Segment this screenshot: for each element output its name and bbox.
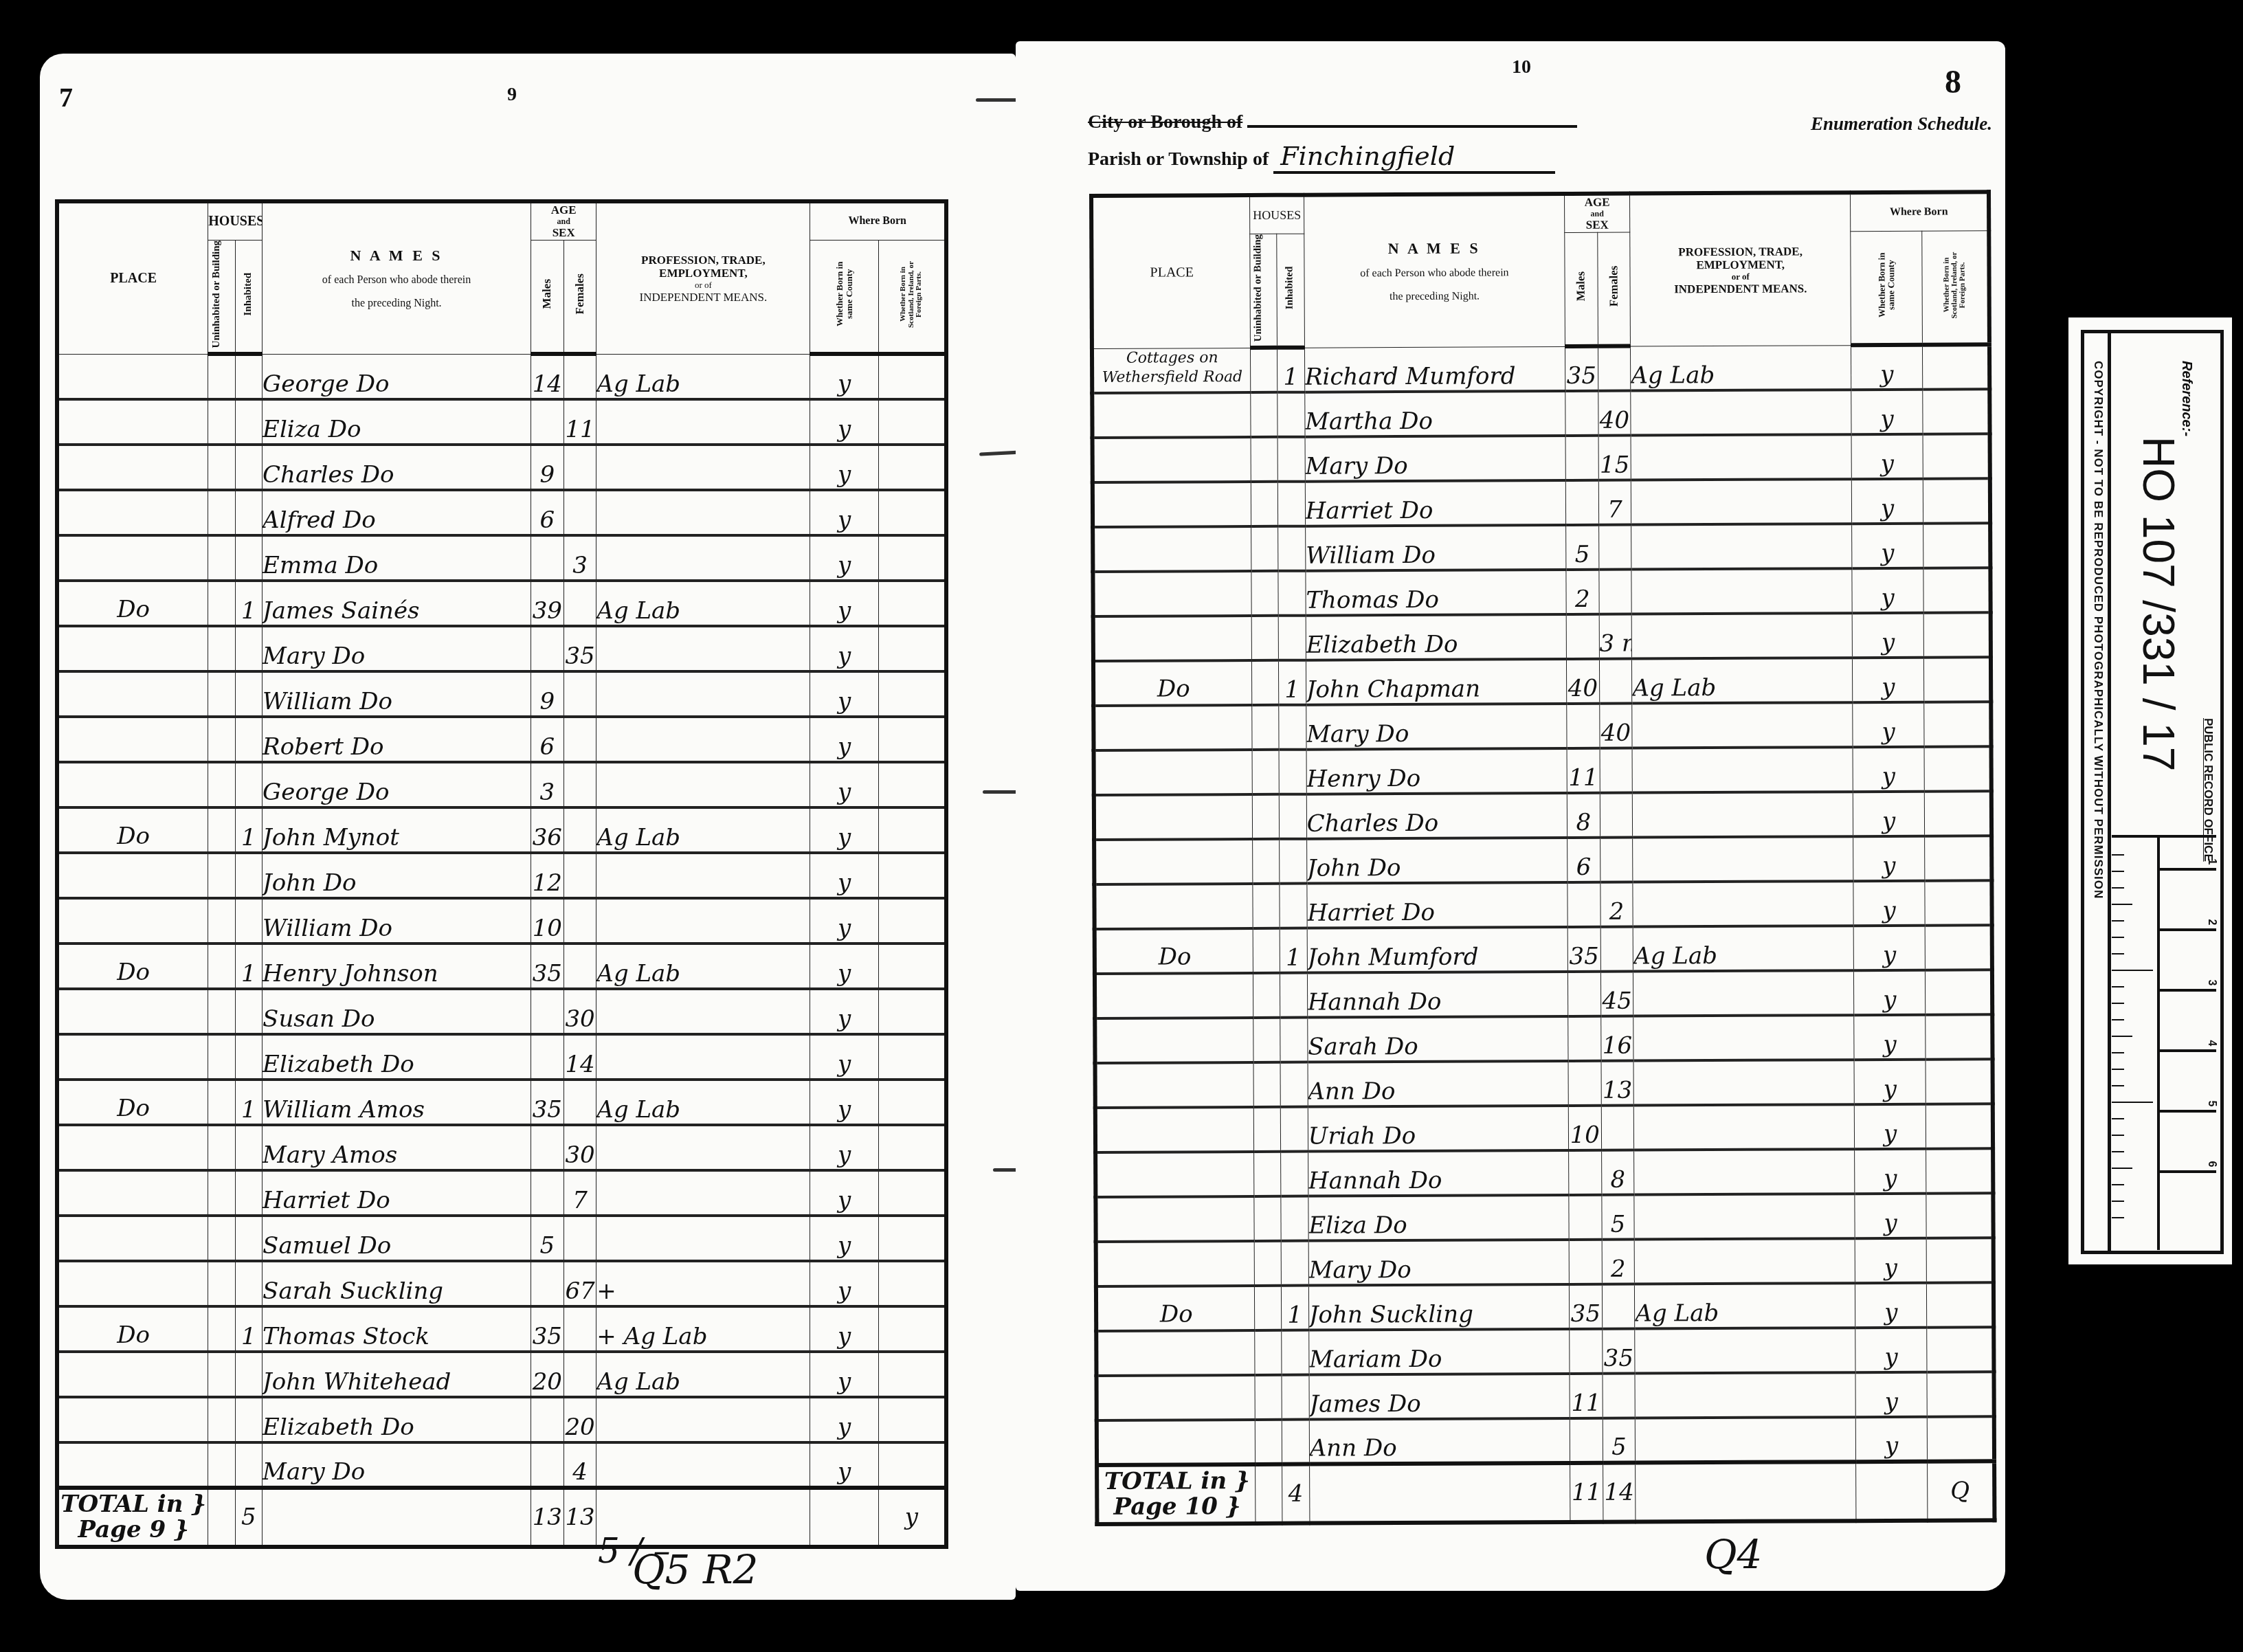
inhabited-cell	[1279, 750, 1307, 794]
census-row: Harriet Do7y	[57, 1170, 946, 1216]
born-county-cell: y	[810, 445, 879, 490]
female-age-cell	[1603, 1374, 1636, 1418]
born-foreign-cell	[878, 626, 946, 671]
place-cell	[1095, 973, 1253, 1018]
place-cell	[1093, 705, 1252, 750]
female-age-cell	[1600, 793, 1633, 838]
name-cell: John Do	[1306, 838, 1567, 884]
r-header-names: N A M E S of each Person who abode there…	[1304, 194, 1565, 348]
r-header-names-sub2: the preceding Night.	[1304, 290, 1564, 304]
born-foreign-cell	[878, 853, 946, 898]
male-age-cell	[1565, 391, 1598, 436]
census-row: Susan Do30y	[57, 989, 946, 1034]
born-county-cell: y	[1855, 1328, 1927, 1372]
right-total-row: TOTAL in }Page 10 } 4 11 14 Q	[1097, 1462, 1994, 1525]
male-age-cell: 39	[531, 581, 563, 626]
occupation-cell	[1633, 792, 1853, 838]
male-age-cell	[1568, 1061, 1601, 1106]
name-cell: Richard Mumford	[1304, 346, 1565, 392]
name-cell: Mariam Do	[1309, 1329, 1570, 1375]
r-header-profession-4: INDEPENDENT MEANS.	[1631, 282, 1851, 296]
place-cell	[57, 490, 208, 535]
ruler-cm-mark: 2	[2160, 928, 2216, 931]
name-cell: George Do	[263, 354, 531, 399]
census-row: Henry Do11y	[1094, 747, 1991, 796]
inhabited-cell	[235, 354, 262, 399]
occupation-cell	[1631, 480, 1852, 525]
right-page-number: 10	[1512, 56, 1531, 78]
female-age-cell	[1602, 1284, 1635, 1329]
ruler-cm-mark: 3	[2160, 989, 2216, 992]
male-age-cell: 36	[531, 807, 563, 853]
census-row: William Do10y	[57, 898, 946, 944]
place-cell	[57, 535, 208, 581]
born-foreign-cell	[878, 1352, 946, 1397]
census-row: Elizabeth Do20y	[57, 1397, 946, 1442]
occupation-cell	[1635, 1372, 1855, 1418]
male-age-cell: 8	[1567, 793, 1600, 838]
inhabited-cell: 1	[235, 1080, 262, 1125]
occupation-cell	[596, 1125, 810, 1170]
place-cell	[57, 1216, 208, 1261]
name-cell: Sarah Suckling	[263, 1261, 531, 1306]
uninhabited-cell	[208, 1261, 235, 1306]
uninhabited-cell	[208, 1352, 235, 1397]
right-total-born-foreign: Q	[1928, 1462, 1995, 1521]
census-row: James Do11y	[1097, 1372, 1994, 1421]
born-foreign-cell	[1927, 1328, 1994, 1372]
right-total-inhabited: 4	[1282, 1464, 1310, 1523]
female-age-cell: 40	[1599, 704, 1632, 748]
name-cell: Susan Do	[263, 989, 531, 1034]
inhabited-cell	[1277, 571, 1306, 616]
left-total-born-foreign: y	[878, 1488, 946, 1547]
occupation-cell	[596, 535, 810, 581]
ruler-inch-tick	[2112, 1184, 2124, 1185]
uninhabited-cell	[1255, 1375, 1281, 1420]
born-county-cell: y	[810, 1442, 879, 1488]
name-cell: John Suckling	[1308, 1284, 1569, 1330]
uninhabited-cell	[1253, 1018, 1280, 1062]
born-foreign-cell	[1923, 524, 1991, 568]
uninhabited-cell	[208, 762, 235, 807]
born-county-cell: y	[1855, 1417, 1927, 1462]
ruler-inch-tick	[2112, 1085, 2124, 1086]
born-foreign-cell	[1926, 1194, 1994, 1238]
male-age-cell	[1569, 1150, 1602, 1195]
schedule-label: Enumeration Schedule.	[1811, 113, 1992, 135]
ruler-inch-tick	[2112, 986, 2124, 987]
female-age-cell: 13	[1601, 1061, 1634, 1106]
female-age-cell: 2	[1602, 1240, 1635, 1284]
male-age-cell: 5	[531, 1216, 563, 1261]
name-cell: Mary Do	[1308, 1240, 1569, 1286]
inhabited-cell	[235, 717, 262, 762]
inhabited-cell: 1	[235, 807, 262, 853]
place-cell	[57, 671, 208, 717]
born-foreign-cell	[1926, 1238, 1994, 1283]
place-cell: Do	[57, 944, 208, 989]
place-cell	[1095, 1152, 1254, 1197]
inhabited-cell	[1277, 526, 1306, 571]
born-county-cell: y	[1851, 390, 1923, 434]
uninhabited-cell	[208, 1306, 235, 1352]
uninhabited-cell	[208, 989, 235, 1034]
inhabited-cell	[235, 1125, 262, 1170]
occupation-cell	[1631, 524, 1852, 570]
ruler-inch-tick	[2112, 887, 2124, 889]
name-cell: Eliza Do	[1308, 1195, 1569, 1241]
r-header-age-and: and	[1565, 209, 1629, 219]
name-cell: Ann Do	[1308, 1061, 1568, 1107]
name-cell: John Do	[263, 853, 531, 898]
reference-label: Reference:-	[2178, 361, 2194, 436]
occupation-cell	[596, 762, 810, 807]
female-age-cell	[563, 1216, 596, 1261]
female-age-cell: 5	[1601, 1195, 1634, 1240]
place-cell	[57, 354, 208, 399]
female-age-cell: 5	[1603, 1418, 1636, 1463]
female-age-cell: 30	[563, 1125, 596, 1170]
born-county-cell: y	[810, 399, 879, 445]
occupation-cell	[1632, 748, 1853, 793]
uninhabited-cell	[208, 1080, 235, 1125]
place-cell	[57, 1397, 208, 1442]
census-row: Elizabeth Do14y	[57, 1034, 946, 1080]
uninhabited-cell	[208, 445, 235, 490]
name-cell: Harriet Do	[1305, 480, 1565, 526]
uninhabited-cell	[208, 853, 235, 898]
male-age-cell: 20	[531, 1352, 563, 1397]
reference-divider	[2108, 333, 2111, 1251]
census-row: Mariam Do35y	[1096, 1328, 1994, 1376]
born-foreign-cell	[1924, 747, 1991, 792]
inhabited-cell	[1278, 616, 1306, 660]
occupation-cell: Ag Lab	[1635, 1283, 1855, 1328]
occupation-cell	[596, 399, 810, 445]
census-row: John Do6y	[1094, 836, 1991, 885]
r-header-houses: HOUSES	[1250, 195, 1304, 234]
name-cell: Thomas Do	[1306, 570, 1566, 616]
uninhabited-cell	[1253, 839, 1279, 884]
census-row: Uriah Do10y	[1095, 1104, 1993, 1153]
female-age-cell: 8	[1601, 1150, 1634, 1195]
header-inhabited: Inhabited	[235, 240, 262, 354]
female-age-cell	[1600, 927, 1633, 972]
inhabited-cell	[235, 399, 262, 445]
name-cell: Hannah Do	[1308, 1150, 1568, 1196]
city-line: City or Borough of	[1088, 109, 1577, 133]
ruler-inch-tick	[2112, 1102, 2153, 1103]
male-age-cell	[531, 1261, 563, 1306]
uninhabited-cell	[1253, 973, 1280, 1018]
female-age-cell	[563, 944, 596, 989]
city-value	[1247, 109, 1577, 128]
male-age-cell	[1565, 480, 1598, 525]
r-header-inhabited: Inhabited	[1276, 234, 1304, 348]
place-cell: Do	[1095, 928, 1253, 974]
r-header-age-sex-label: SEX	[1565, 219, 1629, 232]
born-foreign-cell	[878, 1216, 946, 1261]
ruler-inch-tick	[2112, 970, 2153, 971]
inhabited-cell	[1280, 1196, 1308, 1241]
occupation-cell	[596, 490, 810, 535]
uninhabited-cell	[208, 1442, 235, 1488]
born-foreign-cell	[878, 898, 946, 944]
r-header-names-title: N A M E S	[1304, 239, 1564, 258]
uninhabited-cell	[1252, 616, 1278, 660]
place-cell	[1094, 750, 1253, 795]
reference-frame: Reference:- HO 107 /331 / 17 PUBLIC RECO…	[2081, 330, 2224, 1254]
born-county-cell: y	[810, 1306, 879, 1352]
female-age-cell	[1601, 1106, 1634, 1150]
name-cell: James Sainés	[263, 581, 531, 626]
ruler-inch-tick	[2112, 904, 2132, 905]
name-cell: Mary Do	[263, 1442, 531, 1488]
uninhabited-cell	[208, 671, 235, 717]
born-foreign-cell	[1925, 881, 1992, 926]
uninhabited-cell	[208, 1125, 235, 1170]
name-cell: John Chapman	[1306, 659, 1566, 705]
inhabited-cell	[235, 490, 262, 535]
uninhabited-cell	[1251, 348, 1277, 392]
name-cell: Alfred Do	[263, 490, 531, 535]
inhabited-cell	[235, 762, 262, 807]
inhabited-cell	[235, 1216, 262, 1261]
place-cell	[57, 762, 208, 807]
name-cell: Eliza Do	[263, 399, 531, 445]
place-cell	[1094, 794, 1253, 840]
occupation-cell: + Ag Lab	[596, 1306, 810, 1352]
ruler-inch-tick	[2112, 871, 2124, 872]
uninhabited-cell	[1251, 482, 1277, 526]
male-age-cell: 12	[531, 853, 563, 898]
occupation-cell: Ag Lab	[596, 1080, 810, 1125]
place-cell	[57, 717, 208, 762]
occupation-cell: +	[596, 1261, 810, 1306]
left-census-table: PLACE HOUSES N A M E S of each Person wh…	[55, 199, 948, 1549]
male-age-cell: 40	[1566, 659, 1599, 704]
left-total-born-county	[810, 1488, 879, 1547]
header-born-county: Whether Born in same County	[810, 240, 879, 354]
born-county-cell: y	[1853, 926, 1925, 970]
born-foreign-cell	[878, 717, 946, 762]
male-age-cell: 5	[1566, 525, 1599, 570]
born-foreign-cell	[878, 535, 946, 581]
occupation-cell	[1633, 882, 1853, 927]
place-cell	[57, 1261, 208, 1306]
right-total-names	[1309, 1463, 1570, 1523]
city-label: City or Borough of	[1088, 111, 1242, 133]
male-age-cell	[531, 989, 563, 1034]
census-row: Do1Thomas Stock35+ Ag Laby	[57, 1306, 946, 1352]
census-row: Ann Do5y	[1097, 1417, 1994, 1466]
inhabited-cell: 1	[1281, 1286, 1309, 1330]
header-age-and: and	[531, 217, 596, 227]
female-age-cell: 40	[1598, 391, 1631, 436]
male-age-cell	[531, 1034, 563, 1080]
place-cell	[1094, 884, 1253, 929]
name-cell: William Amos	[263, 1080, 531, 1125]
r-header-born-county: Whether Born in same County	[1851, 231, 1923, 345]
inhabited-cell	[1279, 884, 1307, 928]
born-county-cell: y	[810, 762, 879, 807]
inhabited-cell	[1279, 794, 1307, 839]
born-foreign-cell	[1925, 926, 1992, 970]
ruler-divider	[2157, 838, 2160, 1250]
occupation-cell	[596, 1216, 810, 1261]
left-total-uninhabited	[208, 1488, 235, 1547]
occupation-cell	[1631, 390, 1851, 436]
occupation-cell	[1633, 837, 1853, 882]
born-county-cell: y	[810, 1125, 879, 1170]
male-age-cell	[531, 1442, 563, 1488]
ruler-cm-label: 2	[2206, 919, 2218, 926]
header-profession-3: or of	[596, 280, 810, 291]
born-county-cell: y	[1852, 479, 1923, 524]
census-row: Ann Do13y	[1095, 1060, 1993, 1108]
header-names-sub2: the preceding Night.	[263, 298, 531, 310]
female-age-cell	[563, 1080, 596, 1125]
born-county-cell: y	[1855, 1149, 1926, 1194]
place-cell: Cottages on Wethersfield Road	[1092, 348, 1251, 393]
r-header-age-title: AGE	[1565, 196, 1629, 210]
born-county-cell: y	[810, 1080, 879, 1125]
born-county-cell: y	[810, 671, 879, 717]
name-cell: Robert Do	[263, 717, 531, 762]
census-row: George Do3y	[57, 762, 946, 807]
inhabited-cell: 1	[1280, 928, 1308, 973]
male-age-cell	[531, 626, 563, 671]
ruler-inch-tick	[2112, 953, 2124, 955]
left-page-number: 9	[507, 84, 517, 106]
female-age-cell	[563, 898, 596, 944]
census-row: Charles Do9y	[57, 445, 946, 490]
census-row: William Do9y	[57, 671, 946, 717]
male-age-cell	[1567, 704, 1600, 748]
male-age-cell: 6	[1567, 838, 1600, 882]
ruler-inch-tick	[2112, 1168, 2132, 1169]
occupation-cell	[596, 1442, 810, 1488]
born-foreign-cell	[878, 762, 946, 807]
name-cell: John Whitehead	[263, 1352, 531, 1397]
header-names: N A M E S of each Person who abode there…	[263, 201, 531, 354]
name-cell: Elizabeth Do	[263, 1397, 531, 1442]
name-cell: William Do	[263, 898, 531, 944]
male-age-cell	[531, 1170, 563, 1216]
uninhabited-cell	[1254, 1196, 1280, 1241]
ruler-inch-tick	[2112, 1135, 2124, 1136]
uninhabited-cell	[208, 1216, 235, 1261]
uninhabited-cell	[208, 490, 235, 535]
place-cell	[57, 1170, 208, 1216]
place-cell	[1093, 437, 1251, 482]
name-cell: Ann Do	[1309, 1418, 1570, 1464]
right-total-born-county	[1856, 1462, 1928, 1521]
uninhabited-cell	[1254, 1152, 1280, 1196]
left-total-row: TOTAL in }Page 9 } 5 13 13 y	[57, 1488, 946, 1547]
born-county-cell: y	[1854, 1015, 1926, 1060]
name-cell: Hannah Do	[1307, 972, 1567, 1018]
place-cell	[1097, 1420, 1256, 1465]
occupation-cell	[1633, 1060, 1854, 1105]
census-row: Mary Do4y	[57, 1442, 946, 1488]
inhabited-cell	[235, 1352, 262, 1397]
occupation-cell	[596, 717, 810, 762]
inhabited-cell	[1281, 1330, 1309, 1375]
uninhabited-cell	[208, 1034, 235, 1080]
born-county-cell: y	[1855, 1372, 1927, 1417]
ruler-cm-mark: 1	[2160, 868, 2216, 871]
female-age-cell	[563, 354, 596, 399]
male-age-cell	[1567, 972, 1600, 1016]
inhabited-cell	[235, 1442, 262, 1488]
born-foreign-cell	[1923, 658, 1991, 702]
place-cell	[57, 1034, 208, 1080]
header-age-sex-label: SEX	[531, 226, 596, 240]
male-age-cell	[1570, 1329, 1603, 1374]
female-age-cell	[563, 671, 596, 717]
female-age-cell	[1599, 659, 1632, 704]
header-age-sex: AGE and SEX	[531, 201, 596, 240]
born-county-cell: y	[810, 898, 879, 944]
name-cell: Elizabeth Do	[1306, 614, 1566, 660]
occupation-cell	[1635, 1328, 1855, 1373]
occupation-cell	[596, 626, 810, 671]
place-cell: Do	[57, 581, 208, 626]
born-foreign-cell	[1927, 1417, 1994, 1462]
male-age-cell	[1567, 882, 1600, 927]
male-age-cell: 6	[531, 717, 563, 762]
born-county-cell: y	[810, 944, 879, 989]
right-corner-mark: 8	[1945, 63, 1961, 101]
ruler-inch-tick	[2112, 1052, 2124, 1053]
born-county-cell: y	[810, 581, 879, 626]
born-foreign-cell	[1924, 792, 1991, 836]
place-cell	[1095, 1107, 1254, 1152]
header-names-title: N A M E S	[263, 247, 531, 264]
parish-value: Finchingfield	[1273, 141, 1555, 174]
female-age-cell: 16	[1600, 1016, 1633, 1061]
uninhabited-cell	[1253, 1062, 1280, 1107]
name-cell: Charles Do	[263, 445, 531, 490]
uninhabited-cell	[1255, 1330, 1281, 1375]
census-row: Do1John Suckling35Ag Laby	[1096, 1283, 1994, 1332]
inhabited-cell	[1278, 705, 1306, 750]
name-cell: John Mynot	[263, 807, 531, 853]
female-age-cell: 35	[1602, 1329, 1635, 1374]
born-county-cell: y	[810, 626, 879, 671]
name-cell: William Do	[263, 671, 531, 717]
r-header-born-foreign: Whether Born in Scotland, Ireland, or Fo…	[1922, 231, 1989, 345]
inhabited-cell	[235, 671, 262, 717]
ruler-inch-tick	[2112, 1036, 2132, 1037]
census-row: Hannah Do45y	[1095, 970, 1992, 1019]
male-age-cell: 2	[1566, 570, 1599, 614]
reference-strip: Reference:- HO 107 /331 / 17 PUBLIC RECO…	[2068, 317, 2232, 1264]
header-profession: PROFESSION, TRADE, EMPLOYMENT, or of IND…	[596, 201, 810, 354]
census-row: Hannah Do8y	[1095, 1149, 1993, 1198]
place-cell: Do	[57, 807, 208, 853]
occupation-cell	[1633, 970, 1854, 1016]
r-header-profession-2: EMPLOYMENT,	[1631, 258, 1851, 272]
female-age-cell: 45	[1600, 972, 1633, 1016]
male-age-cell: 35	[1565, 346, 1598, 391]
place-cell	[57, 399, 208, 445]
female-age-cell	[1598, 525, 1631, 570]
ruler-cm-label: 3	[2206, 980, 2218, 986]
male-age-cell	[531, 1397, 563, 1442]
